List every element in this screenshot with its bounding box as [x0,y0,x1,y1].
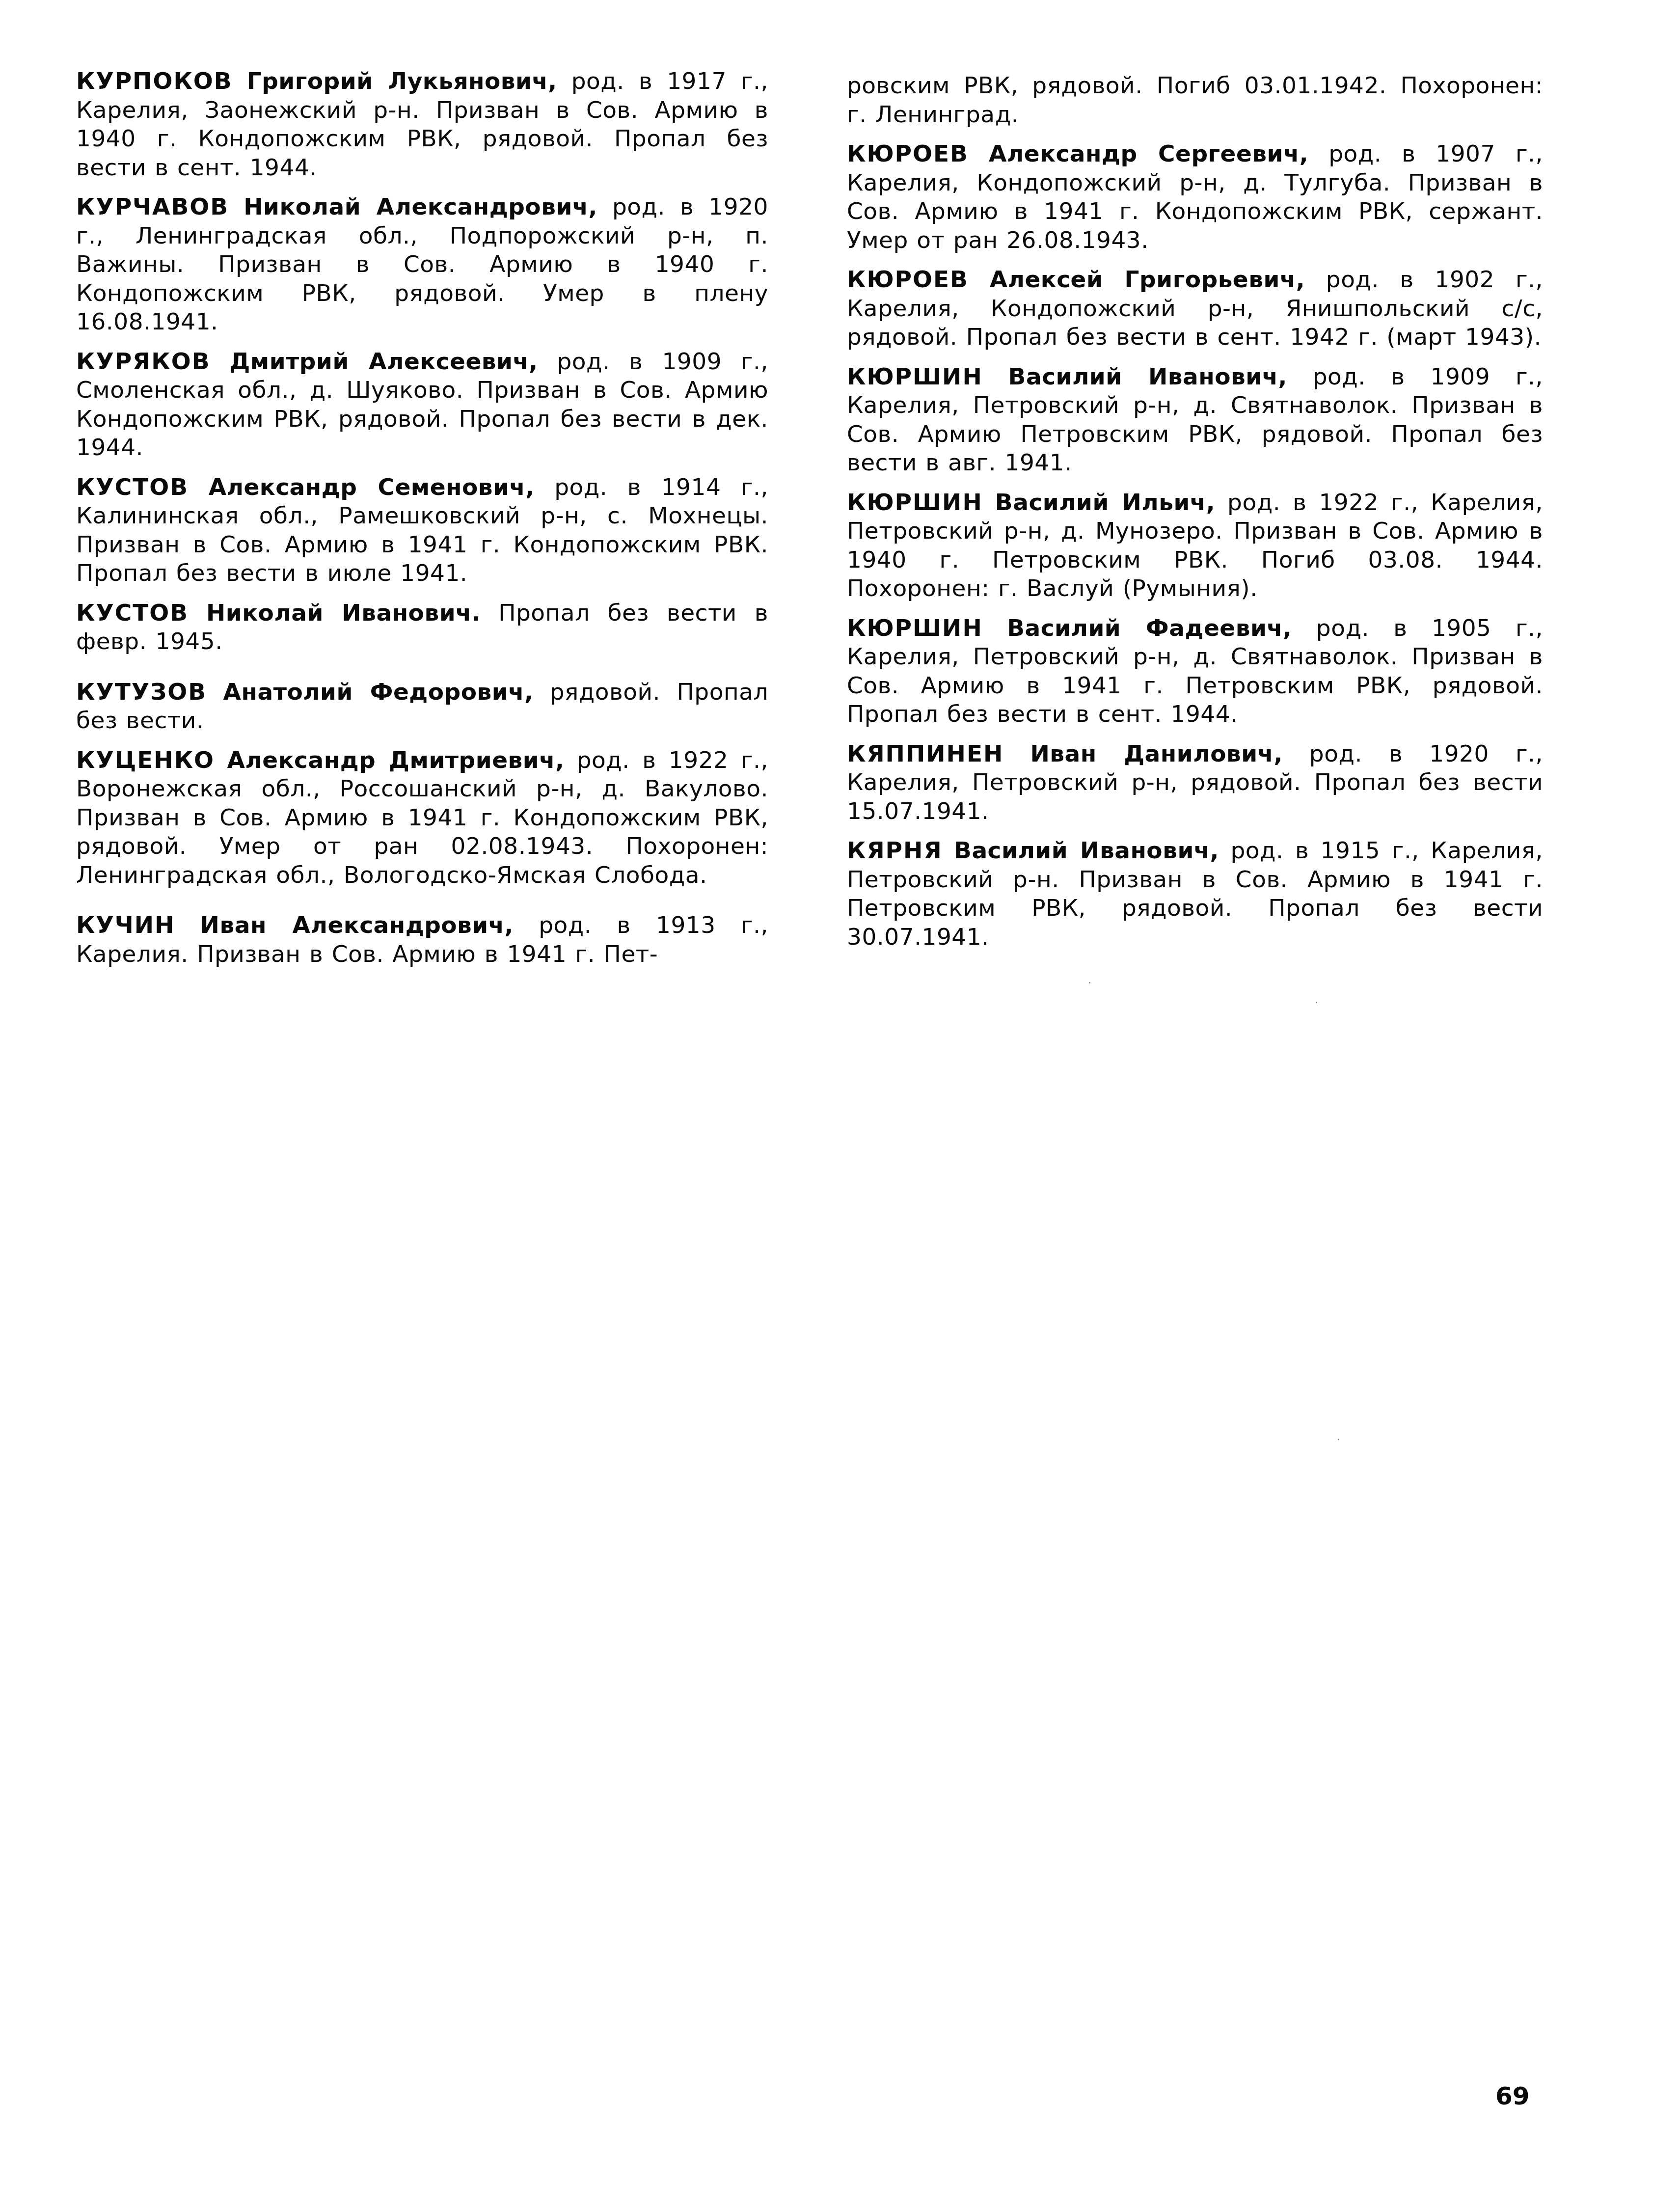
entry-given-name: Анатолий Федорович, [223,679,534,706]
left-column: КУРПОКОВ Григорий Лукьянович, род. в 191… [76,67,768,980]
entry-given-name: Григорий Лукьянович, [247,68,557,95]
entry-surname: КУЦЕНКО [76,747,215,774]
entry-surname: КУСТОВ [76,474,189,501]
entry-given-name: Александр Дмитриевич, [227,747,565,774]
entry-kuryakov: КУРЯКОВ Дмитрий Алексеевич, род. в 1909 … [76,348,768,463]
entry-kurchavov: КУРЧАВОВ Николай Александрович, род. в 1… [76,193,768,337]
entry-kustov-aleksandr: КУСТОВ Александр Семенович, род. в 1914 … [76,473,768,588]
entry-given-name: Василий Фадеевич, [1007,615,1292,642]
entry-surname: КУРЯКОВ [76,348,211,375]
scan-speck [1338,1439,1339,1440]
entry-kurpokov: КУРПОКОВ Григорий Лукьянович, род. в 191… [76,67,768,182]
entry-kutsenko: КУЦЕНКО Александр Дмитриевич, род. в 192… [76,746,768,890]
entry-surname: КЯППИНЕН [847,740,1003,767]
scan-speck [1089,982,1090,983]
entry-given-name: Николай Александрович, [244,193,597,220]
entry-surname: КЮРШИН [847,615,983,642]
entry-surname: КЯРНЯ [847,837,943,864]
entry-kyappinen: КЯППИНЕН Иван Данилович, род. в 1920 г.,… [847,740,1543,826]
entry-surname: КУЧИН [76,912,175,939]
entry-surname: КУТУЗОВ [76,679,207,706]
entry-surname: КЮРОЕВ [847,266,969,293]
entry-kyarnya: КЯРНЯ Василий Иванович, род. в 1915 г., … [847,837,1543,952]
scan-speck [1316,1002,1317,1003]
entry-kyuroev-aleksei: КЮРОЕВ Алексей Григорьевич, род. в 1902 … [847,266,1543,352]
document-page: КУРПОКОВ Григорий Лукьянович, род. в 191… [0,0,1680,2211]
right-column: ровским РВК, рядовой. Погиб 03.01.1942. … [847,72,1543,962]
entry-given-name: Алексей Григорьевич, [990,266,1305,293]
entry-surname: КЮРОЕВ [847,140,969,167]
entry-kuchin: КУЧИН Иван Александрович, род. в 1913 г.… [76,911,768,969]
entry-kyuroev-aleksandr: КЮРОЕВ Александр Сергеевич, род. в 1907 … [847,140,1543,255]
entry-kustov-nikolai: КУСТОВ Николай Иванович. Пропал без вест… [76,599,768,656]
entry-given-name: Василий Иванович, [954,837,1219,864]
entry-given-name: Александр Семенович, [209,474,535,501]
entry-surname: КУРПОКОВ [76,68,233,95]
entry-given-name: Дмитрий Алексеевич, [229,348,538,375]
entry-kyurshin-fadeevich: КЮРШИН Василий Фадеевич, род. в 1905 г.,… [847,614,1543,729]
entry-surname: КУРЧАВОВ [76,193,229,220]
page-number: 69 [1495,2082,1530,2110]
entry-given-name: Николай Иванович. [206,600,481,627]
entry-given-name: Иван Данилович, [1030,740,1282,767]
entry-continuation: ровским РВК, рядовой. Погиб 03.01.1942. … [847,72,1543,129]
entry-given-name: Василий Иванович, [1008,363,1287,390]
entry-surname: КЮРШИН [847,363,983,390]
entry-surname: КЮРШИН [847,489,983,516]
entry-kyurshin-ivanovich: КЮРШИН Василий Иванович, род. в 1909 г.,… [847,363,1543,478]
entry-given-name: Александр Сергеевич, [989,140,1308,167]
entry-given-name: Василий Ильич, [995,489,1215,516]
entry-surname: КУСТОВ [76,600,189,627]
entry-given-name: Иван Александрович, [200,912,514,939]
entry-kyurshin-ilich: КЮРШИН Василий Ильич, род. в 1922 г., Ка… [847,489,1543,603]
entry-kutuzov: КУТУЗОВ Анатолий Федорович, рядовой. Про… [76,678,768,736]
